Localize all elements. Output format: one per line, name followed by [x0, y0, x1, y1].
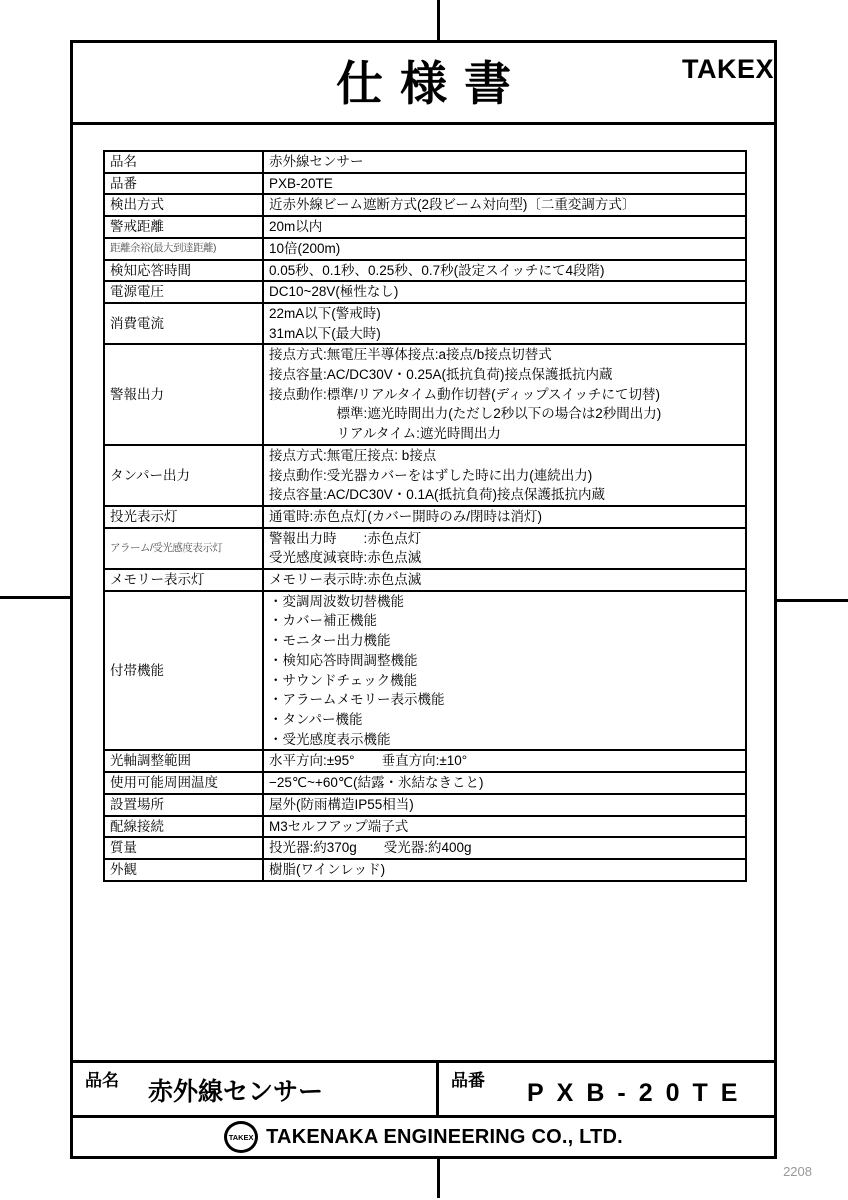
spec-label: 設置場所	[104, 794, 263, 816]
spec-value-line: ・変調周波数切替機能	[269, 592, 740, 612]
product-number-value: PXB-20TE	[527, 1079, 750, 1108]
spec-value-line: 赤外線センサー	[269, 152, 740, 172]
spec-row: メモリー表示灯メモリー表示時:赤色点滅	[104, 569, 746, 591]
spec-label: 距離余裕(最大到達距離)	[104, 238, 263, 260]
spec-value: 20m以内	[263, 216, 746, 238]
spec-value: DC10~28V(極性なし)	[263, 281, 746, 303]
spec-value-line: メモリー表示時:赤色点滅	[269, 570, 740, 590]
spec-value: ・変調周波数切替機能・カバー補正機能・モニター出力機能・検知応答時間調整機能・サ…	[263, 591, 746, 751]
spec-value-line: 近赤外線ビーム遮断方式(2段ビーム対向型)〔二重変調方式〕	[269, 195, 740, 215]
spec-label: 検知応答時間	[104, 260, 263, 282]
spec-value-line: 接点方式:無電圧接点: b接点	[269, 446, 740, 466]
spec-value-line: 受光感度減衰時:赤色点滅	[269, 548, 740, 568]
product-number-cell: 品番 PXB-20TE	[439, 1063, 774, 1115]
spec-value-line: ・サウンドチェック機能	[269, 671, 740, 691]
spec-value: 通電時:赤色点灯(カバー開時のみ/閉時は消灯)	[263, 506, 746, 528]
spec-value-line: M3セルフアップ端子式	[269, 817, 740, 837]
spec-value: 赤外線センサー	[263, 151, 746, 173]
spec-value: 警報出力時 :赤色点灯受光感度減衰時:赤色点滅	[263, 528, 746, 569]
spec-row: 使用可能周囲温度−25℃~+60℃(結露・氷結なきこと)	[104, 772, 746, 794]
spec-value-line: PXB-20TE	[269, 174, 740, 194]
spec-value-line: 投光器:約370g 受光器:約400g	[269, 838, 740, 858]
spec-row: 設置場所屋外(防雨構造IP55相当)	[104, 794, 746, 816]
document-frame: 仕様書 TAKEX 品名赤外線センサー品番PXB-20TE検出方式近赤外線ビーム…	[70, 40, 777, 1159]
spec-row: 検出方式近赤外線ビーム遮断方式(2段ビーム対向型)〔二重変調方式〕	[104, 194, 746, 216]
spec-label: 外観	[104, 859, 263, 881]
product-name-value: 赤外線センサー	[148, 1072, 323, 1108]
spec-row: 消費電流22mA以下(警戒時)31mA以下(最大時)	[104, 303, 746, 344]
spec-row: 電源電圧DC10~28V(極性なし)	[104, 281, 746, 303]
spec-label: 検出方式	[104, 194, 263, 216]
spec-value-line: 10倍(200m)	[269, 239, 740, 259]
spec-label: メモリー表示灯	[104, 569, 263, 591]
product-name-cell: 品名 赤外線センサー	[73, 1063, 439, 1115]
spec-label: 使用可能周囲温度	[104, 772, 263, 794]
page-title: 仕様書	[73, 53, 774, 115]
company-bar: TAKEX TAKENAKA ENGINEERING CO., LTD.	[73, 1118, 774, 1156]
spec-value-line: 標準:遮光時間出力(ただし2秒以下の場合は2秒間出力)	[269, 404, 740, 424]
spec-value: 樹脂(ワインレッド)	[263, 859, 746, 881]
spec-row: 外観樹脂(ワインレッド)	[104, 859, 746, 881]
product-name-label: 品名	[85, 1066, 119, 1091]
spec-row: 投光表示灯通電時:赤色点灯(カバー開時のみ/閉時は消灯)	[104, 506, 746, 528]
spec-row: 警報出力接点方式:無電圧半導体接点:a接点/b接点切替式接点容量:AC/DC30…	[104, 344, 746, 445]
spec-value-line: 22mA以下(警戒時)	[269, 304, 740, 324]
spec-value-line: 0.05秒、0.1秒、0.25秒、0.7秒(設定スイッチにて4段階)	[269, 261, 740, 281]
spec-value-line: −25℃~+60℃(結露・氷結なきこと)	[269, 773, 740, 793]
spec-label: 投光表示灯	[104, 506, 263, 528]
spec-value-line: 通電時:赤色点灯(カバー開時のみ/閉時は消灯)	[269, 507, 740, 527]
page-number: 2208	[752, 1164, 812, 1179]
product-band: 品名 赤外線センサー 品番 PXB-20TE	[73, 1060, 774, 1118]
crop-mark-bottom	[437, 1158, 440, 1198]
takex-circle-logo: TAKEX	[224, 1121, 258, 1153]
spec-label: 品名	[104, 151, 263, 173]
spec-value: 屋外(防雨構造IP55相当)	[263, 794, 746, 816]
spec-row: 品名赤外線センサー	[104, 151, 746, 173]
spec-label: タンパー出力	[104, 445, 263, 506]
spec-value-line: ・検知応答時間調整機能	[269, 651, 740, 671]
spec-label: 警戒距離	[104, 216, 263, 238]
spec-value-line: ・モニター出力機能	[269, 631, 740, 651]
spec-value-line: 接点容量:AC/DC30V・0.1A(抵抗負荷)接点保護抵抗内蔵	[269, 485, 740, 505]
spec-value-line: 接点動作:受光器カバーをはずした時に出力(連続出力)	[269, 466, 740, 486]
crop-mark-top	[437, 0, 440, 41]
spec-value-line: 接点容量:AC/DC30V・0.25A(抵抗負荷)接点保護抵抗内蔵	[269, 365, 740, 385]
spec-row: 光軸調整範囲水平方向:±95° 垂直方向:±10°	[104, 750, 746, 772]
spec-value-line: 接点方式:無電圧半導体接点:a接点/b接点切替式	[269, 345, 740, 365]
spec-value: 22mA以下(警戒時)31mA以下(最大時)	[263, 303, 746, 344]
spec-value-line: 屋外(防雨構造IP55相当)	[269, 795, 740, 815]
spec-label: 配線接続	[104, 816, 263, 838]
spec-value-line: ・カバー補正機能	[269, 611, 740, 631]
spec-value-line: ・アラームメモリー表示機能	[269, 690, 740, 710]
spec-value: メモリー表示時:赤色点滅	[263, 569, 746, 591]
company-name: TAKENAKA ENGINEERING CO., LTD.	[266, 1126, 623, 1149]
spec-value: 近赤外線ビーム遮断方式(2段ビーム対向型)〔二重変調方式〕	[263, 194, 746, 216]
spec-value: 0.05秒、0.1秒、0.25秒、0.7秒(設定スイッチにて4段階)	[263, 260, 746, 282]
spec-value: 水平方向:±95° 垂直方向:±10°	[263, 750, 746, 772]
spec-sheet-page: 仕様書 TAKEX 品名赤外線センサー品番PXB-20TE検出方式近赤外線ビーム…	[0, 0, 848, 1200]
spec-value: 投光器:約370g 受光器:約400g	[263, 837, 746, 859]
spec-row: 配線接続M3セルフアップ端子式	[104, 816, 746, 838]
spec-label: 品番	[104, 173, 263, 195]
spec-label: 質量	[104, 837, 263, 859]
spec-label: アラーム/受光感度表示灯	[104, 528, 263, 569]
spec-value: 接点方式:無電圧接点: b接点接点動作:受光器カバーをはずした時に出力(連続出力…	[263, 445, 746, 506]
takex-wordmark: TAKEX	[682, 54, 774, 85]
spec-value-line: 樹脂(ワインレッド)	[269, 860, 740, 880]
spec-value-line: 20m以内	[269, 217, 740, 237]
spec-value: 接点方式:無電圧半導体接点:a接点/b接点切替式接点容量:AC/DC30V・0.…	[263, 344, 746, 445]
spec-value: −25℃~+60℃(結露・氷結なきこと)	[263, 772, 746, 794]
spec-value-line: ・タンパー機能	[269, 710, 740, 730]
spec-row: 質量投光器:約370g 受光器:約400g	[104, 837, 746, 859]
spec-label: 電源電圧	[104, 281, 263, 303]
spec-row: 品番PXB-20TE	[104, 173, 746, 195]
spec-value: PXB-20TE	[263, 173, 746, 195]
spec-label: 付帯機能	[104, 591, 263, 751]
spec-row: 付帯機能・変調周波数切替機能・カバー補正機能・モニター出力機能・検知応答時間調整…	[104, 591, 746, 751]
spec-table: 品名赤外線センサー品番PXB-20TE検出方式近赤外線ビーム遮断方式(2段ビーム…	[103, 150, 747, 882]
spec-row: 距離余裕(最大到達距離)10倍(200m)	[104, 238, 746, 260]
spec-value-line: 水平方向:±95° 垂直方向:±10°	[269, 751, 740, 771]
crop-mark-left	[0, 596, 71, 599]
product-number-label: 品番	[451, 1066, 485, 1091]
spec-value-line: DC10~28V(極性なし)	[269, 282, 740, 302]
takex-circle-logo-text: TAKEX	[229, 1133, 254, 1142]
spec-value-line: 31mA以下(最大時)	[269, 324, 740, 344]
spec-label: 光軸調整範囲	[104, 750, 263, 772]
crop-mark-right	[776, 599, 848, 602]
spec-value-line: 接点動作:標準/リアルタイム動作切替(ディップスイッチにて切替)	[269, 385, 740, 405]
spec-row: 検知応答時間0.05秒、0.1秒、0.25秒、0.7秒(設定スイッチにて4段階)	[104, 260, 746, 282]
spec-row: 警戒距離20m以内	[104, 216, 746, 238]
spec-value-line: 警報出力時 :赤色点灯	[269, 529, 740, 549]
spec-value: 10倍(200m)	[263, 238, 746, 260]
spec-label: 消費電流	[104, 303, 263, 344]
spec-value-line: ・受光感度表示機能	[269, 730, 740, 750]
spec-row: アラーム/受光感度表示灯警報出力時 :赤色点灯受光感度減衰時:赤色点滅	[104, 528, 746, 569]
spec-row: タンパー出力接点方式:無電圧接点: b接点接点動作:受光器カバーをはずした時に出…	[104, 445, 746, 506]
spec-label: 警報出力	[104, 344, 263, 445]
spec-value-line: リアルタイム:遮光時間出力	[269, 424, 740, 444]
title-bar: 仕様書 TAKEX	[73, 43, 774, 125]
spec-value: M3セルフアップ端子式	[263, 816, 746, 838]
